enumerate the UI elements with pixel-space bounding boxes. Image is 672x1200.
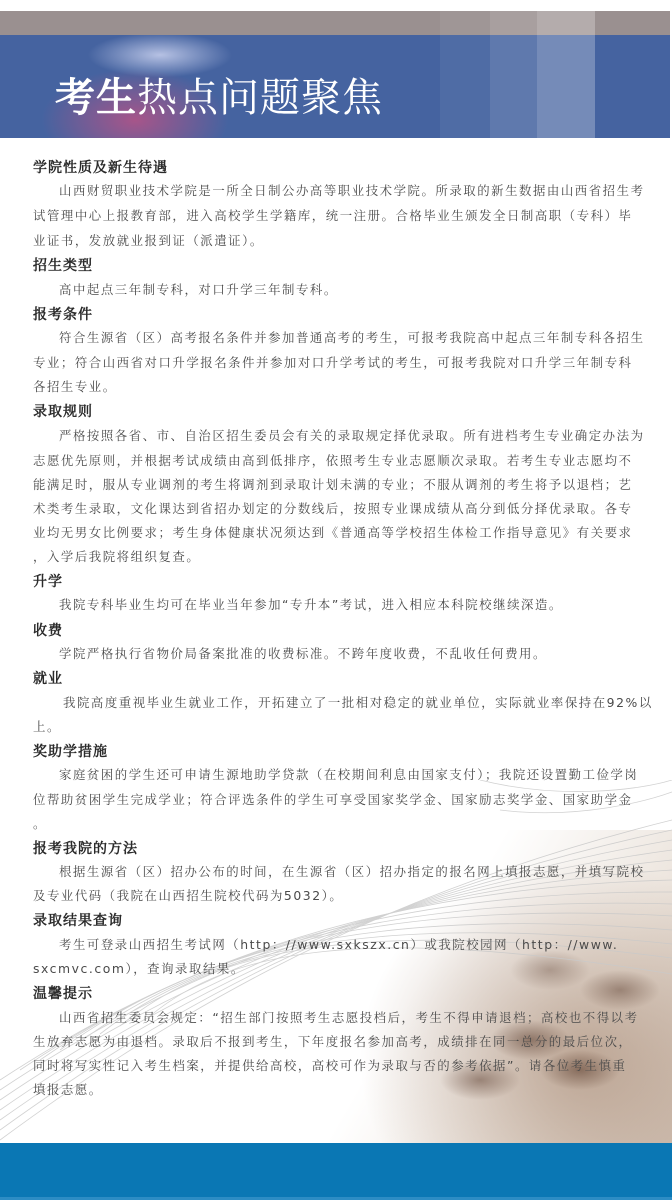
- section-text-line: 业证书，发放就业报到证（派遣证）。: [33, 232, 264, 250]
- section-text-line: 考生可登录山西招生考试网（http：//www.sxkszx.cn）或我院校园网…: [59, 936, 618, 954]
- section-text-line: 填报志愿。: [33, 1081, 103, 1099]
- section-heading: 报考条件: [33, 305, 93, 325]
- section-heading: 就业: [33, 669, 63, 689]
- section-text-line: 符合生源省（区）高考报名条件并参加普通高考的考生，可报考我院高中起点三年制专科各…: [59, 329, 645, 347]
- section-text-line: 试管理中心上报教育部，进入高校学生学籍库，统一注册。合格毕业生颁发全日制高职（专…: [33, 207, 632, 225]
- banner-stripe: [440, 11, 490, 138]
- section-heading: 录取规则: [33, 402, 93, 422]
- section-text-line: 及专业代码（我院在山西招生院校代码为5032）。: [33, 887, 343, 905]
- section-text-line: 生放弃志愿为由退档。录取后不报到考生，下年度报名参加高考，成绩排在同一总分的最后…: [33, 1033, 632, 1051]
- section-text-line: 我院高度重视毕业生就业工作，开拓建立了一批相对稳定的就业单位，实际就业率保持在9…: [63, 694, 653, 712]
- section-text-line: 专业；符合山西省对口升学报名条件并参加对口升学考试的考生，可报考我院对口升学三年…: [33, 354, 632, 372]
- section-text-line: 各招生专业。: [33, 378, 117, 396]
- section-heading: 报考我院的方法: [33, 839, 138, 859]
- footer-band: [0, 1143, 672, 1197]
- section-heading: 录取结果查询: [33, 911, 123, 931]
- page-title-light: 热点问题聚焦: [137, 75, 383, 121]
- section-text-line: 严格按照各省、市、自治区招生委员会有关的录取规定择优录取。所有进档考生专业确定办…: [59, 427, 645, 445]
- section-text-line: 山西财贸职业技术学院是一所全日制公办高等职业技术学院。所录取的新生数据由山西省招…: [59, 182, 645, 200]
- section-text-line: 高中起点三年制专科，对口升学三年制专科。: [59, 281, 338, 299]
- section-text-line: 根据生源省（区）招办公布的时间，在生源省（区）招办指定的报名网上填报志愿，并填写…: [59, 863, 645, 881]
- section-heading: 招生类型: [33, 256, 93, 276]
- section-heading: 收费: [33, 621, 63, 641]
- section-text-line: 业均无男女比例要求；考生身体健康状况须达到《普通高等学校招生体检工作指导意见》有…: [33, 524, 632, 542]
- page-title: 考生热点问题聚焦: [55, 74, 383, 122]
- section-heading: 升学: [33, 572, 63, 592]
- section-text-line: 志愿优先原则，并根据考试成绩由高到低排序，依照考生专业志愿顺次录取。若考生专业志…: [33, 452, 632, 470]
- section-text-line: 同时将写实性记入考生档案，并提供给高校，高校可作为录取与否的参考依据”。请各位考…: [33, 1057, 626, 1075]
- section-heading: 学院性质及新生待遇: [33, 158, 168, 178]
- section-heading: 温馨提示: [33, 984, 93, 1004]
- banner-stripe: [537, 11, 595, 138]
- section-text-line: 位帮助贫困学生完成学业；符合评选条件的学生可享受国家奖学金、国家励志奖学金、国家…: [33, 791, 632, 809]
- section-text-line: 我院专科毕业生均可在毕业当年参加“专升本”考试，进入相应本科院校继续深造。: [59, 596, 563, 614]
- section-text-line: 能满足时，服从专业调剂的考生将调剂到录取计划未满的专业；不服从调剂的考生将予以退…: [33, 476, 632, 494]
- section-text-line: 术类考生录取，文化课达到省招办划定的分数线后，按照专业课成绩从高分到低分择优录取…: [33, 500, 632, 518]
- section-text-line: ，入学后我院将组织复查。: [33, 548, 200, 566]
- section-text-line: 上。: [33, 718, 61, 736]
- banner-stripe: [490, 11, 537, 138]
- section-text-line: sxcmvc.com），查询录取结果。: [33, 960, 245, 978]
- section-text-line: 学院严格执行省物价局备案批准的收费标准。不跨年度收费，不乱收任何费用。: [59, 645, 547, 663]
- section-text-line: 山西省招生委员会规定：“招生部门按照考生志愿投档后，考生不得申请退档；高校也不得…: [59, 1009, 639, 1027]
- header-banner: 考生热点问题聚焦: [0, 0, 672, 140]
- section-text-line: 。: [33, 815, 47, 833]
- page-title-bold: 考生: [55, 75, 137, 121]
- section-text-line: 家庭贫困的学生还可申请生源地助学贷款（在校期间利息由国家支付）；我院还设置勤工俭…: [59, 766, 638, 784]
- section-heading: 奖助学措施: [33, 742, 108, 762]
